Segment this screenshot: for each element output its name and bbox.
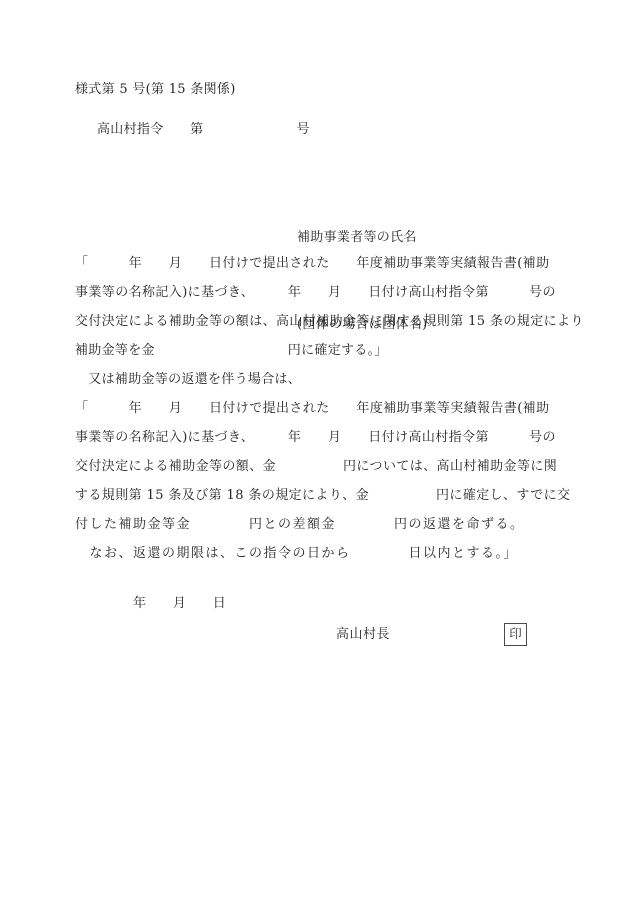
body-line: 事業等の名称記入)に基づき、 年 月 日付け高山村指令第 号の [75, 423, 565, 452]
form-number-label: 様式第 5 号(第 15 条関係) [75, 82, 236, 98]
body-line: 交付決定による補助金等の額は、高山村補助金等に関する規則第 15 条の規定により [75, 307, 565, 336]
body-line: 付した補助金等金 円との差額金 円の返還を命ずる。 [75, 510, 565, 539]
body-line: 「 年 月 日付けで提出された 年度補助事業等実績報告書(補助 [75, 249, 565, 278]
addressee-name-label: 補助事業者等の氏名 [297, 223, 427, 252]
body-line: 補助金等を金 円に確定する。」 [75, 336, 565, 365]
mayor-signature: 高山村長 [336, 624, 390, 646]
body-line: する規則第 15 条及び第 18 条の規定により、金 円に確定し、すでに交 [75, 481, 565, 510]
body-lines: 「 年 月 日付けで提出された 年度補助事業等実績報告書(補助事業等の名称記入)… [75, 249, 565, 568]
seal-mark: 印 [504, 623, 527, 646]
body-line: 事業等の名称記入)に基づき、 年 月 日付け高山村指令第 号の [75, 278, 565, 307]
directive-number-line: 高山村指令 第 号 [97, 122, 310, 138]
seal-label: 印 [509, 628, 522, 641]
body-line: 「 年 月 日付けで提出された 年度補助事業等実績報告書(補助 [75, 394, 565, 423]
date-line: 年 月 日 [133, 596, 226, 612]
body-line: 又は補助金等の返還を伴う場合は、 [75, 365, 565, 394]
body-line: なお、返還の期限は、この指令の日から 日以内とする。」 [75, 539, 565, 568]
document-page: 様式第 5 号(第 15 条関係) 高山村指令 第 号 補助事業者等の氏名 (団… [0, 0, 630, 915]
body-line: 交付決定による補助金等の額、金 円については、高山村補助金等に関 [75, 452, 565, 481]
